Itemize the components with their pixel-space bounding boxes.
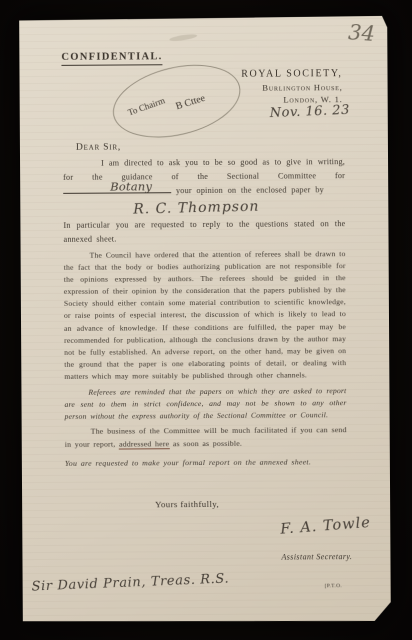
paragraph-council-orders: The Council have ordered that the attent… [64,248,347,383]
pencil-note-line1: To Chairm [126,95,166,117]
letterhead-address-line1: Burlington House, [241,81,342,94]
letterhead-org: ROYAL SOCIETY, [241,68,342,81]
paragraph-send-report: The business of the Committee will be mu… [65,424,347,451]
letter-paper: 34 CONFIDENTIAL. ROYAL SOCIETY, Burlingt… [19,16,391,623]
letter-page: 34 CONFIDENTIAL. ROYAL SOCIETY, Burlingt… [19,16,391,623]
p1-text-before-blank: I am directed to ask you to be so good a… [63,157,345,182]
paragraph-annexed-questions: In particular you are requested to reply… [63,217,345,246]
letterhead: ROYAL SOCIETY, Burlington House, London,… [241,68,343,106]
p1-text-after-blank: your opinion on the enclosed paper by [176,185,324,195]
paper-smudge [169,33,197,42]
pencil-note-line2: B Cttee [174,93,206,113]
signature-handwritten: F. A. Towle [280,515,372,538]
p5-text-after-underline: as soon as possible. [173,438,242,447]
salutation: Dear Sir, [76,143,121,153]
author-name-handwritten: R. C. Thompson [55,197,337,220]
turn-over-note: [P.T.O. [325,583,342,589]
p5-underlined-phrase: addressed here [119,439,169,449]
addressee-handwritten: Sir David Prain, Treas. R.S. [31,571,229,594]
committee-blank-line: Botany [63,184,171,194]
valediction: Yours faithfully, [155,499,219,509]
pencil-oval-annotation: To Chairm B Cttee [106,53,248,149]
paragraph-formal-report: You are requested to make your formal re… [65,457,347,468]
confidential-stamp: CONFIDENTIAL. [61,51,162,65]
paragraph-confidence-notice: Referees are reminded that the papers on… [64,385,346,423]
signer-title: Assistant Secretary. [281,552,352,561]
paragraph-request: I am directed to ask you to be so good a… [63,155,345,199]
committee-name-handwritten: Botany [63,179,161,194]
page-number-pencil: 34 [348,20,376,46]
date-handwritten: Nov. 16. 23 [269,103,350,121]
